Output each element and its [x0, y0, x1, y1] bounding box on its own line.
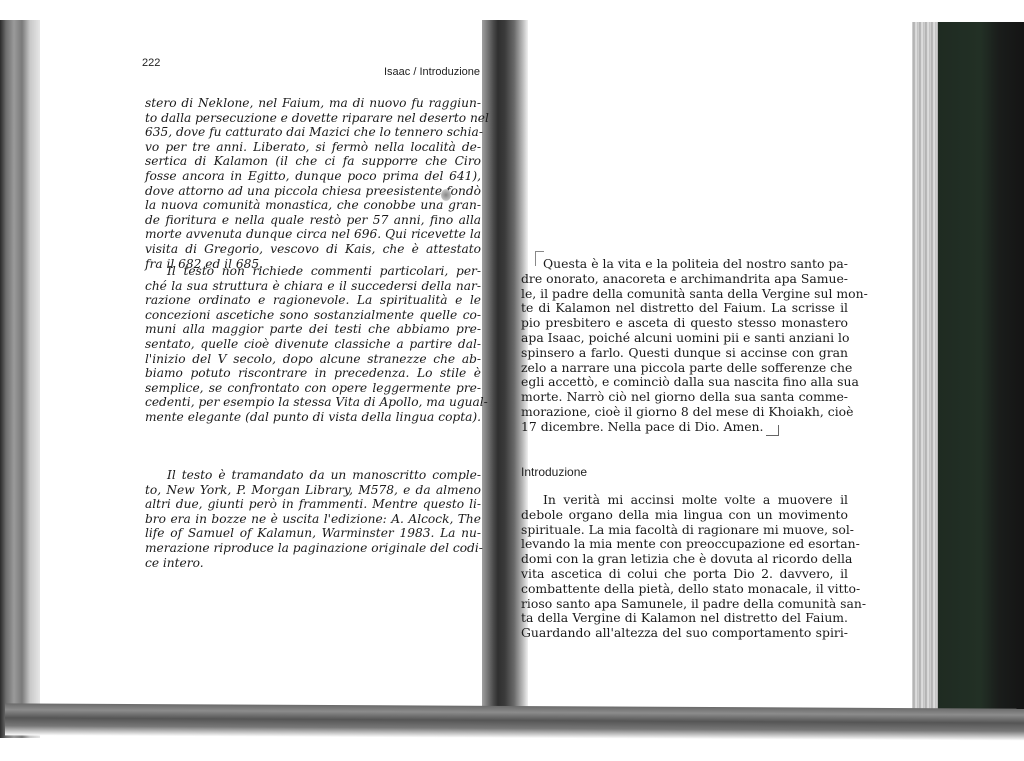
text-line: altri due, giunti però in frammenti. Men… — [145, 497, 481, 512]
text-line: semplice, se confrontato con opere legge… — [145, 381, 481, 396]
text-line: Questa è la vita e la politeia del nostr… — [521, 257, 848, 272]
right-prologue: Questa è la vita e la politeia del nostr… — [521, 257, 848, 435]
text-line: to, New York, P. Morgan Library, M578, e… — [145, 483, 481, 498]
text-line: In verità mi accinsi molte volte a muove… — [521, 493, 848, 508]
page-number: 222 — [142, 57, 160, 69]
text-line: dove attorno ad una piccola chiesa prees… — [145, 184, 481, 199]
text-line: to dalla persecuzione e dovette riparare… — [145, 111, 481, 126]
text-line: la nuova comunità monastica, che conobbe… — [145, 198, 481, 213]
text-line: merazione riproduce la paginazione origi… — [145, 541, 481, 556]
text-line: zelo a narrare una piccola parte delle s… — [521, 361, 848, 376]
book-bottom-edge — [5, 703, 1024, 740]
text-line: debole organo della mia lingua con un mo… — [521, 508, 848, 523]
text-line: Il testo non richiede commenti particola… — [145, 264, 481, 279]
section-title: Introduzione — [521, 465, 587, 479]
text-line: stero di Neklone, nel Faium, ma di nuovo… — [145, 96, 481, 111]
left-paragraph-3: Il testo è tramandato da un manoscritto … — [145, 468, 481, 570]
text-line: muni alla maggior parte dei testi che ab… — [145, 322, 481, 337]
text-line: sentato, quelle cioè divenute classiche … — [145, 337, 481, 352]
text-line: vita ascetica di colui che porta Dio 2. … — [521, 567, 848, 582]
left-paragraph-2: Il testo non richiede commenti particola… — [145, 264, 481, 425]
text-line: fosse ancora in Egitto, dunque poco prim… — [145, 169, 481, 184]
text-line: mente elegante (dal punto di vista della… — [145, 410, 481, 425]
text-line: 635, dove fu catturato dai Mazici che lo… — [145, 125, 481, 140]
text-line: Guardando all'altezza del suo comportame… — [521, 626, 848, 641]
right-page-edges — [912, 22, 938, 722]
text-line: bro era in bozze ne è uscita l'edizione:… — [145, 512, 481, 527]
text-line: pio presbitero e asceta di questo stesso… — [521, 316, 848, 331]
text-line: te di Kalamon nel distretto del Faium. L… — [521, 301, 848, 316]
text-line: morazione, cioè il giorno 8 del mese di … — [521, 405, 848, 420]
text-line: cedenti, per esempio la stessa Vita di A… — [145, 395, 481, 410]
text-line: rioso santo apa Samunele, il padre della… — [521, 597, 848, 612]
text-line: spirituale. La mia facoltà di ragionare … — [521, 523, 848, 538]
text-line: ché la sua struttura è chiara e il succe… — [145, 279, 481, 294]
text-line: l'inizio del V secolo, dopo alcune stran… — [145, 352, 481, 367]
text-line: apa Isaac, poiché alcuni uomini pii e sa… — [521, 331, 848, 346]
text-line: biamo potuto riscontrare in precedenza. … — [145, 366, 481, 381]
text-line: ta della Vergine di Kalamon nel distrett… — [521, 611, 848, 626]
text-line: sertica di Kalamon (il che ci fa supporr… — [145, 154, 481, 169]
text-line: le, il padre della comunità santa della … — [521, 287, 848, 302]
text-line: morte avvenuta dunque circa nel 696. Qui… — [145, 227, 481, 242]
text-line: concezioni ascetiche sono sostanzialment… — [145, 308, 481, 323]
text-line: 17 dicembre. Nella pace di Dio. Amen. — [521, 420, 848, 435]
text-line: visita di Gregorio, vescovo di Kais, che… — [145, 242, 481, 257]
text-line: egli accettò, e cominciò dalla sua nasci… — [521, 375, 848, 390]
book-left-edge — [0, 20, 40, 738]
text-line: de fioritura e nella quale restò per 57 … — [145, 213, 481, 228]
text-line: life of Samuel of Kalamun, Warminster 19… — [145, 526, 481, 541]
text-line: dre onorato, anacoreta e archimandrita a… — [521, 272, 848, 287]
text-line: spinsero a farlo. Questi dunque si accin… — [521, 346, 848, 361]
text-line: Il testo è tramandato da un manoscritto … — [145, 468, 481, 483]
ink-smudge — [441, 189, 451, 201]
text-line: domi con la gran letizia che è dovuta al… — [521, 552, 848, 567]
right-introduction: In verità mi accinsi molte volte a muove… — [521, 493, 848, 641]
text-line: morte. Narrò ciò nel giorno della sua sa… — [521, 390, 848, 405]
text-line: combattente della pietà, dello stato mon… — [521, 582, 848, 597]
text-line: razione ordinato e ragionevole. La spiri… — [145, 293, 481, 308]
text-line: ce intero. — [145, 556, 481, 571]
book-cover-back — [938, 22, 1024, 737]
left-paragraph-1: stero di Neklone, nel Faium, ma di nuovo… — [145, 96, 481, 271]
text-line: levando la mia mente con preoccupazione … — [521, 537, 848, 552]
text-line: vo per tre anni. Liberato, si fermò nell… — [145, 140, 481, 155]
running-head: Isaac / Introduzione — [384, 66, 480, 78]
crop-mark-bottom-right — [766, 425, 779, 436]
